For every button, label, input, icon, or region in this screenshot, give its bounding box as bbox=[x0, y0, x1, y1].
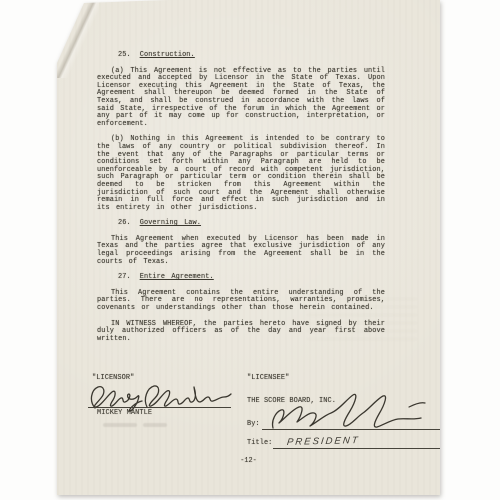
bleed-through-texture bbox=[307, 298, 417, 340]
scanned-contract-screenshot: 25.Construction. (a) This Agreement is n… bbox=[0, 0, 500, 500]
section-26-paragraph: This Agreement when executed by Licensor… bbox=[97, 236, 385, 266]
section-25-paragraph-b: (b) Nothing in this Agreement is intende… bbox=[97, 136, 385, 212]
page-number: -12- bbox=[57, 457, 440, 465]
by-label: By: bbox=[247, 420, 260, 428]
handwritten-title-value: PRESIDENT bbox=[286, 435, 360, 448]
paper-shadow-wrap: 25.Construction. (a) This Agreement is n… bbox=[57, 0, 440, 495]
folded-corner bbox=[57, 0, 99, 78]
section-26-heading: 26.Governing Law. bbox=[118, 220, 385, 228]
section-25-title: Construction. bbox=[140, 51, 195, 59]
contract-page: 25.Construction. (a) This Agreement is n… bbox=[57, 0, 440, 495]
section-25-heading: 25.Construction. bbox=[118, 52, 385, 60]
bleed-through-mark bbox=[103, 423, 137, 427]
licensor-typed-name: MICKEY MANTLE bbox=[97, 409, 152, 417]
licensor-signature-line bbox=[88, 407, 231, 408]
bleed-through-mark bbox=[143, 423, 167, 427]
title-line bbox=[273, 448, 476, 449]
section-27-heading: 27.Entire Agreement. bbox=[118, 274, 385, 282]
section-25-number: 25. bbox=[118, 51, 131, 59]
licensee-label: "LICENSEE" bbox=[247, 374, 289, 382]
title-label: Title: bbox=[247, 439, 272, 447]
section-26-title: Governing Law. bbox=[140, 219, 201, 227]
section-26-number: 26. bbox=[118, 219, 131, 227]
licensee-officer-signature bbox=[267, 392, 428, 434]
section-25-paragraph-a: (a) This Agreement is not effective as t… bbox=[97, 68, 385, 129]
section-27-title: Entire Agreement. bbox=[140, 273, 214, 281]
section-27-number: 27. bbox=[118, 273, 131, 281]
